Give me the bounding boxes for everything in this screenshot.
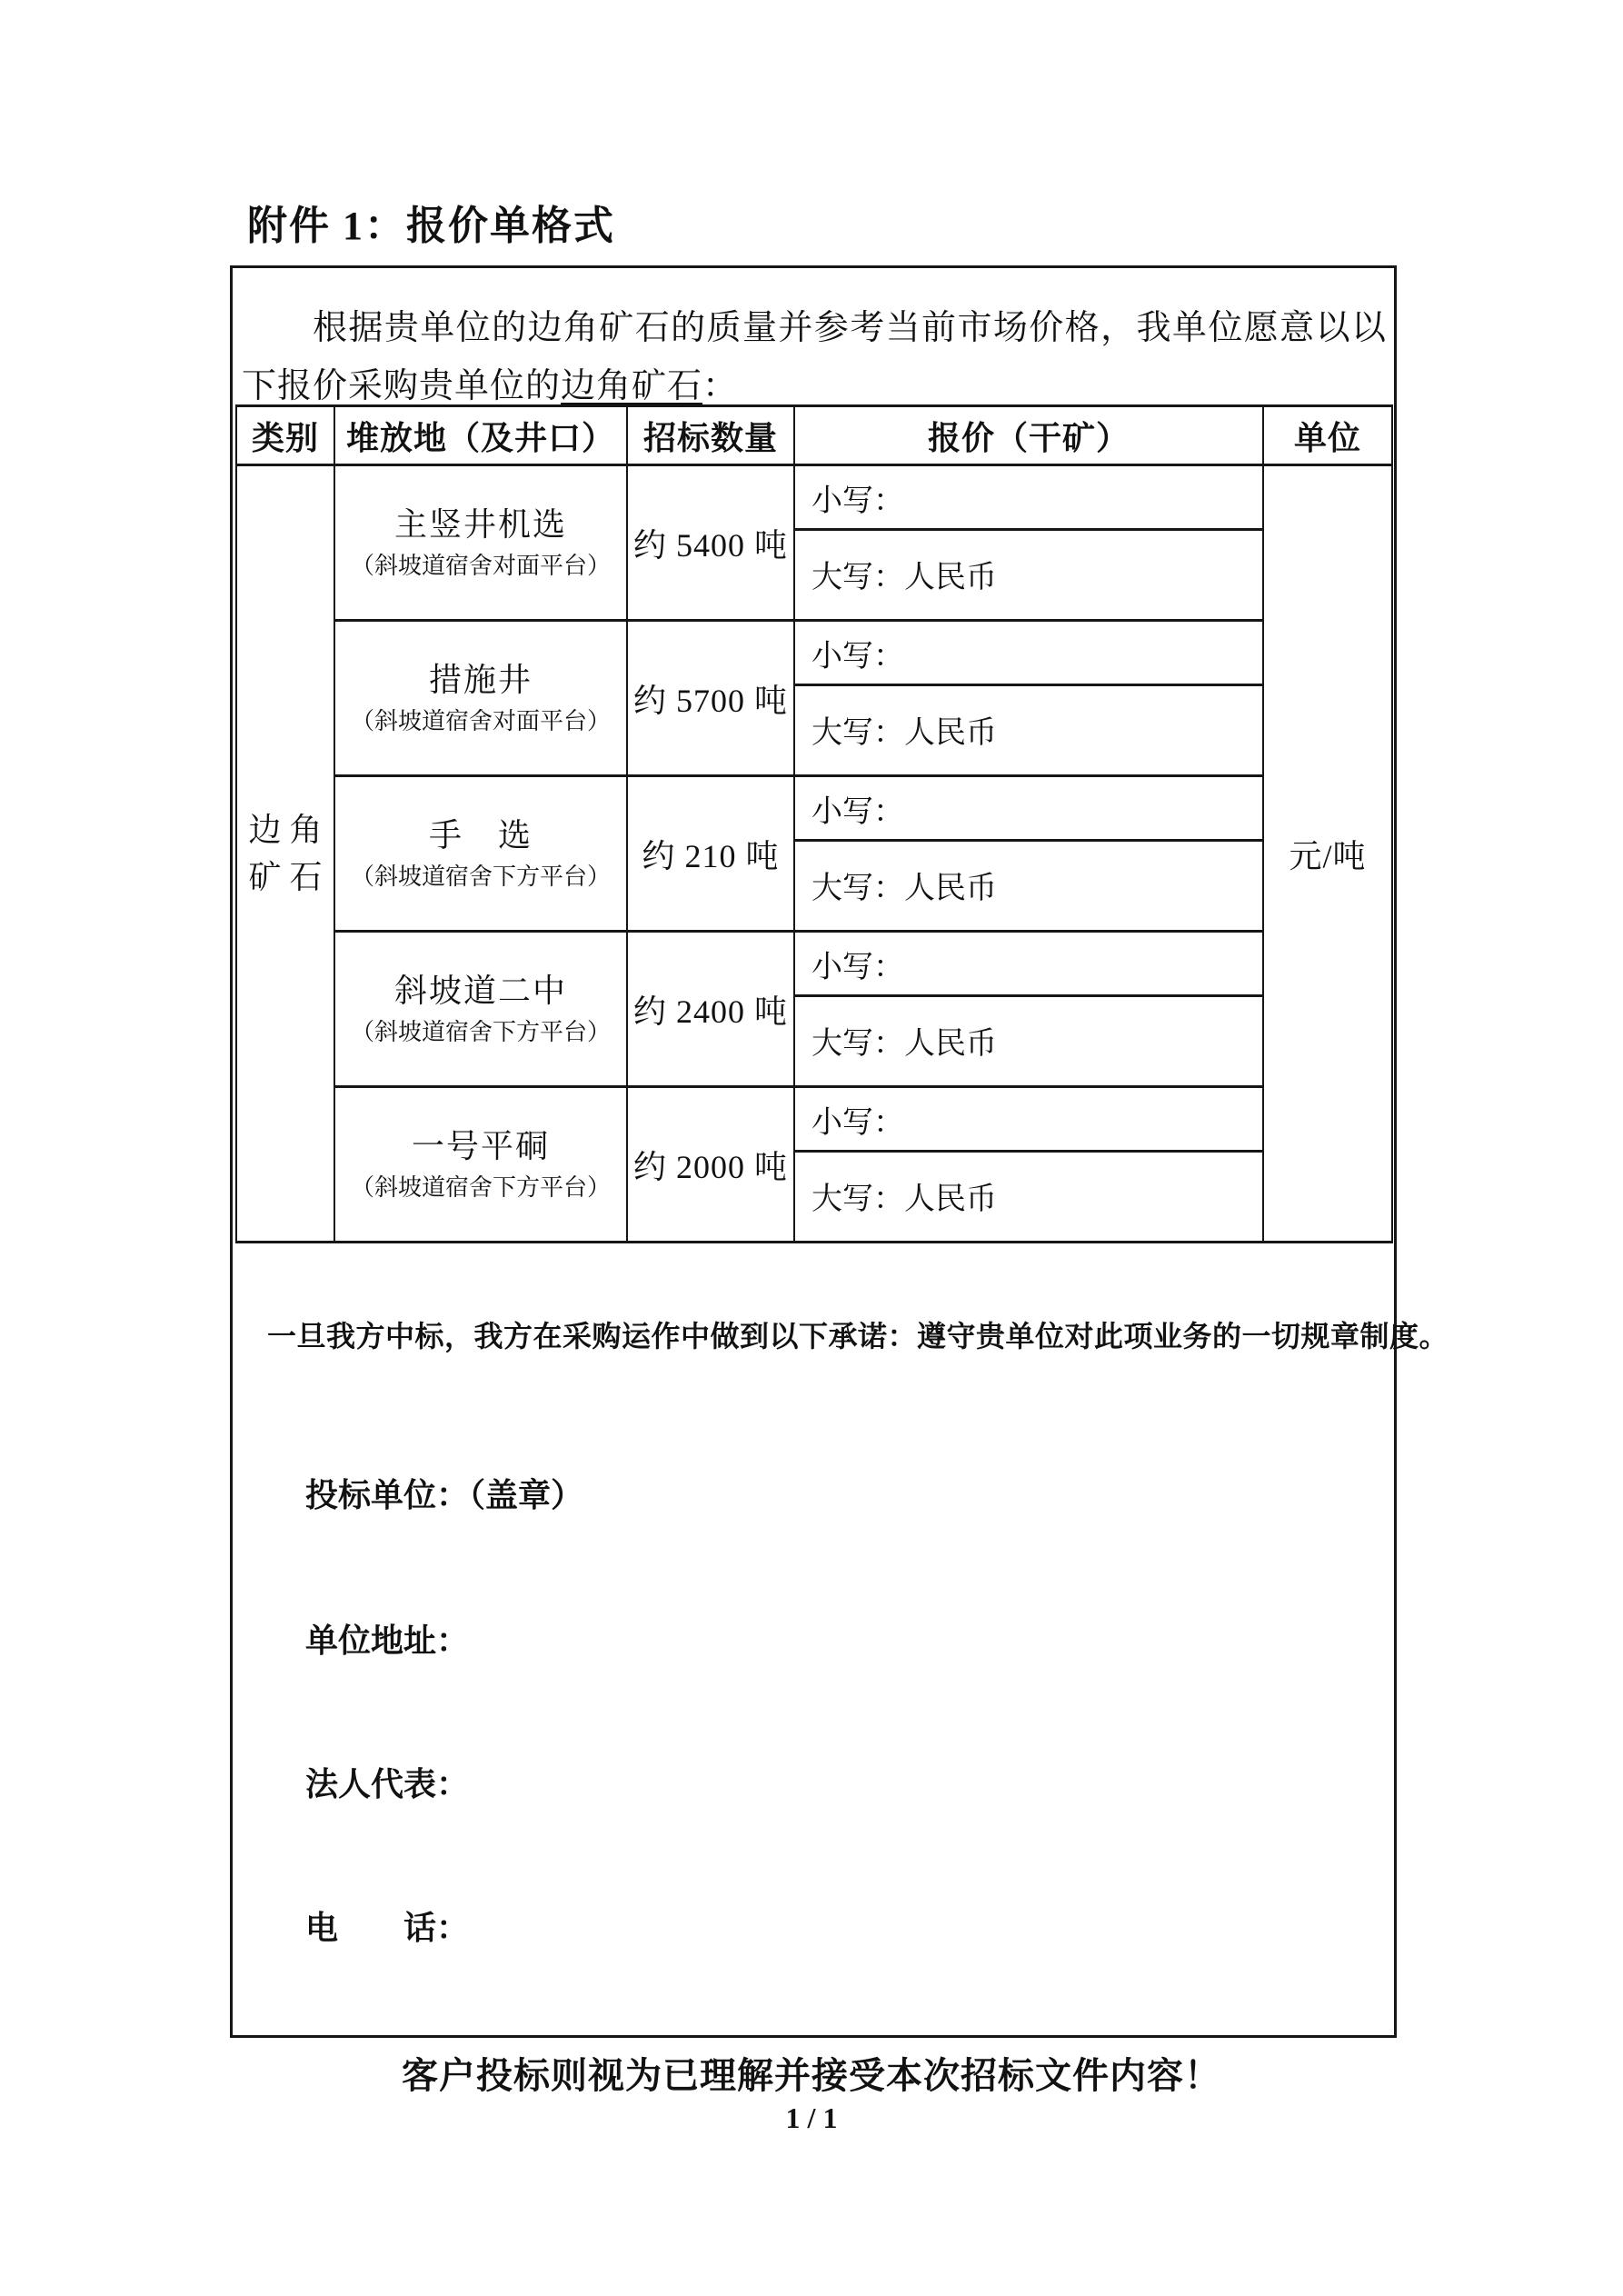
quantity-cell: 约 210 吨	[627, 776, 794, 932]
table-header-row: 类别 堆放地（及井口） 招标数量 报价（干矿） 单位	[236, 406, 1392, 465]
price-lowercase-row: 小写：	[795, 1090, 1262, 1153]
location-cell: 手 选 （斜坡道宿舍下方平台）	[334, 776, 627, 932]
column-header-category: 类别	[236, 406, 334, 465]
price-uppercase-row: 大写：人民币	[795, 842, 1262, 929]
column-header-unit: 单位	[1263, 406, 1392, 465]
price-cell: 小写： 大写：人民币	[794, 776, 1263, 932]
table-row: 斜坡道二中 （斜坡道宿舍下方平台） 约 2400 吨 小写： 大写：人民币	[236, 932, 1392, 1087]
unit-cell: 元/吨	[1263, 465, 1392, 1243]
location-note: （斜坡道宿舍下方平台）	[335, 861, 626, 893]
price-lowercase-row: 小写：	[795, 624, 1262, 686]
price-wrap: 小写： 大写：人民币	[795, 779, 1262, 929]
location-cell: 一号平硐 （斜坡道宿舍下方平台）	[334, 1087, 627, 1243]
category-line2: 矿 石	[237, 854, 334, 901]
location-note: （斜坡道宿舍对面平台）	[335, 550, 626, 583]
price-cell: 小写： 大写：人民币	[794, 621, 1263, 776]
price-uppercase-row: 大写：人民币	[795, 997, 1262, 1084]
field-bidder-label: 投标单位：（盖章）	[305, 1470, 583, 1516]
location-name: 手 选	[335, 814, 626, 857]
category-cell: 边 角 矿 石	[236, 465, 334, 1243]
table-row: 边 角 矿 石 主竖井机选 （斜坡道宿舍对面平台） 约 5400 吨 小写： 大…	[236, 465, 1392, 621]
price-cell: 小写： 大写：人民币	[794, 932, 1263, 1087]
page: 附件 1：报价单格式 根据贵单位的边角矿石的质量并参考当前市场价格，我单位愿意以…	[0, 0, 1623, 2296]
field-legal-rep-label: 法人代表：	[305, 1759, 469, 1805]
quantity-cell: 约 2400 吨	[627, 932, 794, 1087]
field-phone-label: 电 话：	[305, 1902, 469, 1949]
form-box: 根据贵单位的边角矿石的质量并参考当前市场价格，我单位愿意以以下报价采购贵单位的边…	[230, 265, 1397, 2038]
location-note: （斜坡道宿舍对面平台）	[335, 705, 626, 738]
intro-paragraph: 根据贵单位的边角矿石的质量并参考当前市场价格，我单位愿意以以下报价采购贵单位的边…	[242, 299, 1387, 415]
price-lowercase-row: 小写：	[795, 934, 1262, 997]
column-header-location: 堆放地（及井口）	[334, 406, 627, 465]
intro-text: 根据贵单位的边角矿石的质量并参考当前市场价格，我单位愿意以以下报价采购贵单位的	[242, 309, 1387, 405]
price-wrap: 小写： 大写：人民币	[795, 1090, 1262, 1240]
intro-suffix: ：	[702, 367, 738, 405]
quantity-cell: 约 5700 吨	[627, 621, 794, 776]
price-lowercase-row: 小写：	[795, 779, 1262, 842]
location-name: 主竖井机选	[335, 503, 626, 546]
intro-underlined-term: 边角矿石	[561, 367, 702, 405]
location-cell: 主竖井机选 （斜坡道宿舍对面平台）	[334, 465, 627, 621]
column-header-quantity: 招标数量	[627, 406, 794, 465]
table-row: 一号平硐 （斜坡道宿舍下方平台） 约 2000 吨 小写： 大写：人民币	[236, 1087, 1392, 1243]
location-name: 措施井	[335, 658, 626, 702]
location-cell: 斜坡道二中 （斜坡道宿舍下方平台）	[334, 932, 627, 1087]
field-address-label: 单位地址：	[305, 1615, 469, 1662]
location-name: 斜坡道二中	[335, 969, 626, 1013]
price-cell: 小写： 大写：人民币	[794, 465, 1263, 621]
table-row: 手 选 （斜坡道宿舍下方平台） 约 210 吨 小写： 大写：人民币	[236, 776, 1392, 932]
price-lowercase-row: 小写：	[795, 468, 1262, 531]
price-uppercase-row: 大写：人民币	[795, 686, 1262, 774]
quantity-cell: 约 5400 吨	[627, 465, 794, 621]
commitment-text: 一旦我方中标，我方在采购运作中做到以下承诺：遵守贵单位对此项业务的一切规章制度。	[267, 1313, 1385, 1355]
table-row: 措施井 （斜坡道宿舍对面平台） 约 5700 吨 小写： 大写：人民币	[236, 621, 1392, 776]
price-wrap: 小写： 大写：人民币	[795, 934, 1262, 1084]
price-uppercase-row: 大写：人民币	[795, 531, 1262, 618]
price-wrap: 小写： 大写：人民币	[795, 468, 1262, 618]
footer-note: 客户投标则视为已理解并接受本次招标文件内容！	[0, 2047, 1623, 2099]
quote-table: 类别 堆放地（及井口） 招标数量 报价（干矿） 单位 边 角 矿 石 主竖井机选…	[235, 404, 1393, 1243]
price-cell: 小写： 大写：人民币	[794, 1087, 1263, 1243]
location-cell: 措施井 （斜坡道宿舍对面平台）	[334, 621, 627, 776]
page-number: 1 / 1	[0, 2101, 1623, 2135]
column-header-price: 报价（干矿）	[794, 406, 1263, 465]
location-note: （斜坡道宿舍下方平台）	[335, 1172, 626, 1204]
price-uppercase-row: 大写：人民币	[795, 1153, 1262, 1240]
document-title: 附件 1：报价单格式	[247, 193, 615, 251]
price-wrap: 小写： 大写：人民币	[795, 624, 1262, 774]
location-note: （斜坡道宿舍下方平台）	[335, 1016, 626, 1049]
location-name: 一号平硐	[335, 1124, 626, 1168]
category-line1: 边 角	[237, 806, 334, 854]
quantity-cell: 约 2000 吨	[627, 1087, 794, 1243]
